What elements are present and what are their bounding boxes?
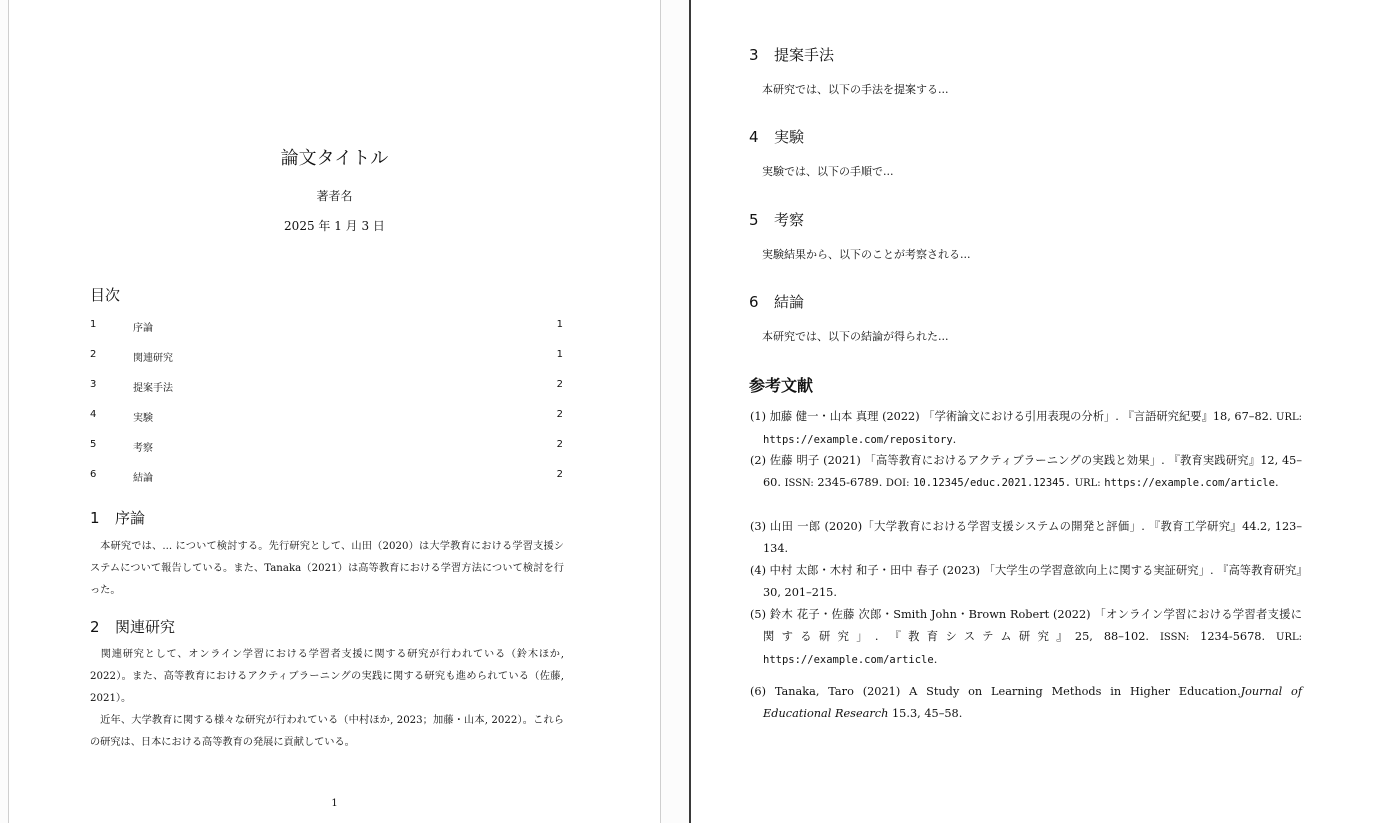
section-paragraph: 関連研究として、オンライン学習における学習者支援に関する研究が行われている（鈴木… — [90, 644, 564, 710]
reference-label: (4) — [750, 564, 766, 577]
toc-item-number: 6 — [90, 469, 96, 480]
toc-item[interactable]: 1 序論 1 — [90, 319, 563, 335]
toc-item-page: 2 — [557, 439, 563, 450]
section-body: 本研究では、以下の結論が得られた... — [762, 328, 949, 344]
toc-item-number: 2 — [90, 349, 96, 360]
section-heading-related-work: 2関連研究 — [90, 616, 175, 637]
section-paragraph: 近年、大学教育に関する様々な研究が行われている（中村ほか, 2023；加藤・山本… — [90, 710, 564, 754]
toc-item-label[interactable]: 実験 — [133, 409, 153, 424]
toc-item-number: 4 — [90, 409, 96, 420]
page-number: 1 — [9, 798, 660, 809]
paper-author: 著者名 — [9, 187, 660, 204]
reference-item: (2) 佐藤 明子 (2021) 「高等教育におけるアクティブラーニングの実践と… — [750, 450, 1302, 495]
section-body: 本研究では、以下の手法を提案する... — [762, 81, 949, 97]
section-title: 序論 — [115, 509, 145, 527]
section-body: 実験結果から、以下のことが考察される... — [762, 246, 971, 262]
section-heading-introduction: 1序論 — [90, 507, 145, 528]
toc-item-page: 1 — [557, 349, 563, 360]
section-title: 関連研究 — [115, 618, 175, 636]
reference-label: (2) — [750, 454, 766, 467]
toc-item[interactable]: 5 考察 2 — [90, 439, 563, 455]
toc-item-label[interactable]: 結論 — [133, 469, 153, 484]
toc-item[interactable]: 6 結論 2 — [90, 469, 563, 485]
toc-item-number: 1 — [90, 319, 96, 330]
toc-item[interactable]: 2 関連研究 1 — [90, 349, 563, 365]
toc-item-page: 1 — [557, 319, 563, 330]
section-body: 実験では、以下の手順で... — [762, 163, 894, 179]
section-number: 5 — [749, 211, 774, 229]
document-page-1: 論文タイトル 著者名 2025 年 1 月 3 日 目次 1 序論 1 2 関連… — [8, 0, 661, 823]
section-number: 1 — [90, 509, 115, 527]
reference-url-link[interactable]: https://example.com/article — [1104, 477, 1275, 489]
reference-label: (1) — [750, 410, 766, 423]
document-page-2: 3提案手法 本研究では、以下の手法を提案する... 4実験 実験では、以下の手順… — [689, 0, 1400, 823]
paper-date: 2025 年 1 月 3 日 — [9, 217, 660, 234]
section-title: 結論 — [774, 293, 804, 311]
paper-title: 論文タイトル — [9, 144, 660, 170]
section-paragraph: 本研究では、... について検討する。先行研究として、山田（2020）は大学教育… — [90, 536, 564, 602]
section-title: 実験 — [774, 128, 804, 146]
reference-label: (3) — [750, 520, 766, 533]
toc-item[interactable]: 4 実験 2 — [90, 409, 563, 425]
section-heading-proposed-method: 3提案手法 — [749, 44, 834, 65]
section-title: 考察 — [774, 211, 804, 229]
section-title: 提案手法 — [774, 46, 834, 64]
toc-item-number: 5 — [90, 439, 96, 450]
reference-url-link[interactable]: https://example.com/article — [763, 654, 934, 666]
toc-item-label[interactable]: 考察 — [133, 439, 153, 454]
toc-item-label[interactable]: 序論 — [133, 319, 153, 334]
toc-item[interactable]: 3 提案手法 2 — [90, 379, 563, 395]
toc-item-label[interactable]: 提案手法 — [133, 379, 173, 394]
references-heading: 参考文献 — [749, 373, 813, 396]
toc-item-number: 3 — [90, 379, 96, 390]
toc-item-page: 2 — [557, 409, 563, 420]
section-number: 6 — [749, 293, 774, 311]
toc-item-page: 2 — [557, 469, 563, 480]
reference-url-link[interactable]: https://example.com/repository — [763, 434, 953, 446]
toc-item-label[interactable]: 関連研究 — [133, 349, 173, 364]
section-number: 2 — [90, 618, 115, 636]
section-heading-discussion: 5考察 — [749, 209, 804, 230]
reference-doi-link[interactable]: 10.12345/educ.2021.12345. — [913, 477, 1071, 489]
reference-label: (6) — [750, 685, 766, 698]
reference-item: (6) Tanaka, Taro (2021) A Study on Learn… — [750, 681, 1302, 725]
reference-item: (3) 山田 一郎 (2020)「大学教育における学習支援システムの開発と評価」… — [750, 516, 1302, 560]
toc-item-page: 2 — [557, 379, 563, 390]
reference-item: (4) 中村 太郎・木村 和子・田中 春子 (2023) 「大学生の学習意欲向上… — [750, 560, 1302, 604]
reference-item: (1) 加藤 健一・山本 真理 (2022) 「学術論文における引用表現の分析」… — [750, 406, 1302, 451]
section-heading-experiment: 4実験 — [749, 126, 804, 147]
reference-label: (5) — [750, 608, 766, 621]
reference-item: (5) 鈴木 花子・佐藤 次郎・Smith John・Brown Robert … — [750, 604, 1302, 671]
toc-heading: 目次 — [90, 284, 120, 305]
section-number: 4 — [749, 128, 774, 146]
section-number: 3 — [749, 46, 774, 64]
section-heading-conclusion: 6結論 — [749, 291, 804, 312]
